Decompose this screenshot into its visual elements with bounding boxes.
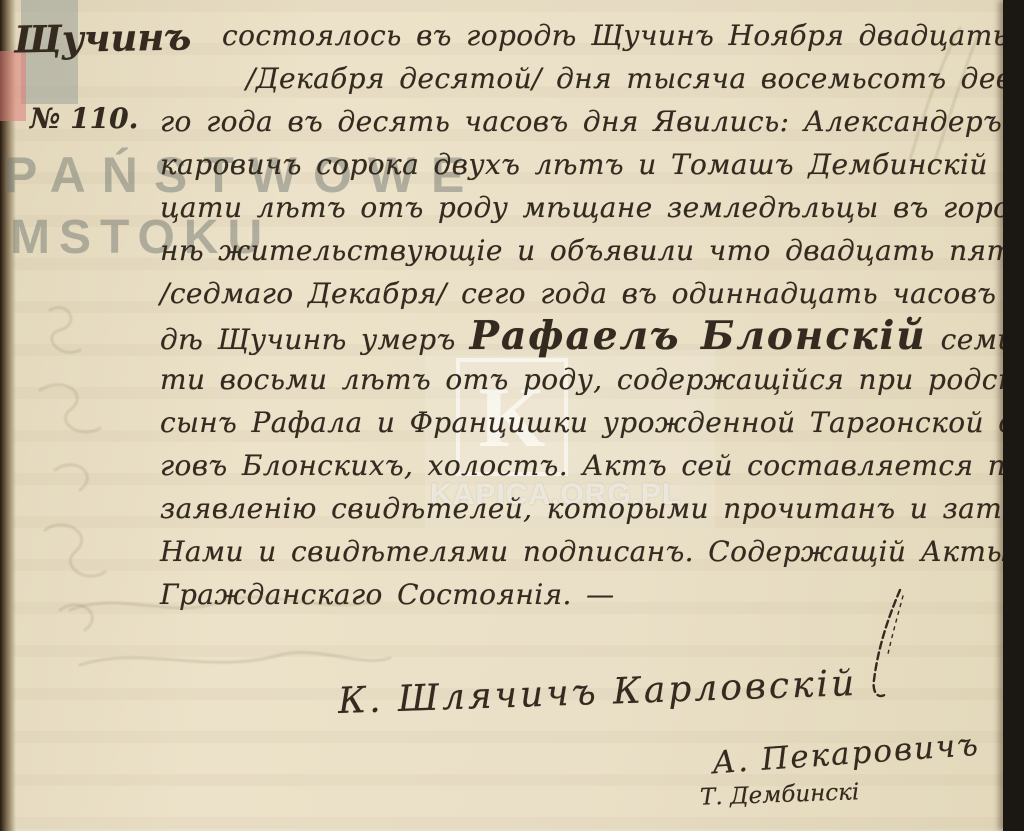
act-line: нѣ жительствующіе и объявили что двадцат… <box>160 229 1008 272</box>
signature-witness-dembinski: Т. Дембинскі <box>700 779 860 811</box>
scanned-register-page: PAŃSTWOWE MSTOKU K KAPICA.ORG.PL Щучинъ … <box>0 0 1024 831</box>
act-line-deceased: дѣ Щучинѣ умеръРафаелъ Блонскійсемидеся- <box>160 315 1008 358</box>
signature-witness-pekarowicz: А. Пекаровичъ <box>711 727 981 782</box>
margin-act-number: № 110. <box>30 102 138 135</box>
deceased-name: Рафаелъ Блонскій <box>456 313 941 359</box>
act-line: говъ Блонскихъ, холостъ. Актъ сей состав… <box>160 444 1008 487</box>
act-body: состоялось въ городѣ Щучинъ Ноября двадц… <box>160 14 1008 616</box>
archival-tab-pink <box>0 51 26 121</box>
act-line: заявленію свидѣтелей, которыми прочитанъ… <box>160 487 1008 530</box>
bleedthrough-mark <box>20 300 160 640</box>
act-line: цати лѣтъ отъ роду мѣщане земледѣльцы въ… <box>160 186 1008 229</box>
act-line: Нами и свидѣтелями подписанъ. Содержащій… <box>160 530 1008 573</box>
book-binding-edge <box>0 0 16 831</box>
act-line: ти восьми лѣтъ отъ роду, содержащійся пр… <box>160 358 1008 401</box>
act-line-prefix: дѣ Щучинѣ умеръ <box>160 323 456 356</box>
act-line: Гражданскаго Состоянія. — <box>160 573 1008 616</box>
scan-background-edge <box>1003 0 1024 831</box>
act-line: /седмаго Декабря/ сего года въ одиннадца… <box>160 272 1008 315</box>
act-line: сынъ Рафала и Францишки урожденной Тарго… <box>160 401 1008 444</box>
act-line: /Декабря десятой/ дня тысяча восемьсотъ … <box>160 57 1008 100</box>
act-line: каровичъ сорока двухъ лѣтъ и Томашъ Демб… <box>160 143 1008 186</box>
signature-registrar: К. Шлячичъ Карловскій <box>337 663 857 722</box>
act-line: го года въ десять часовъ дня Явились: Ал… <box>160 100 1008 143</box>
act-line: состоялось въ городѣ Щучинъ Ноября двадц… <box>160 14 1008 57</box>
